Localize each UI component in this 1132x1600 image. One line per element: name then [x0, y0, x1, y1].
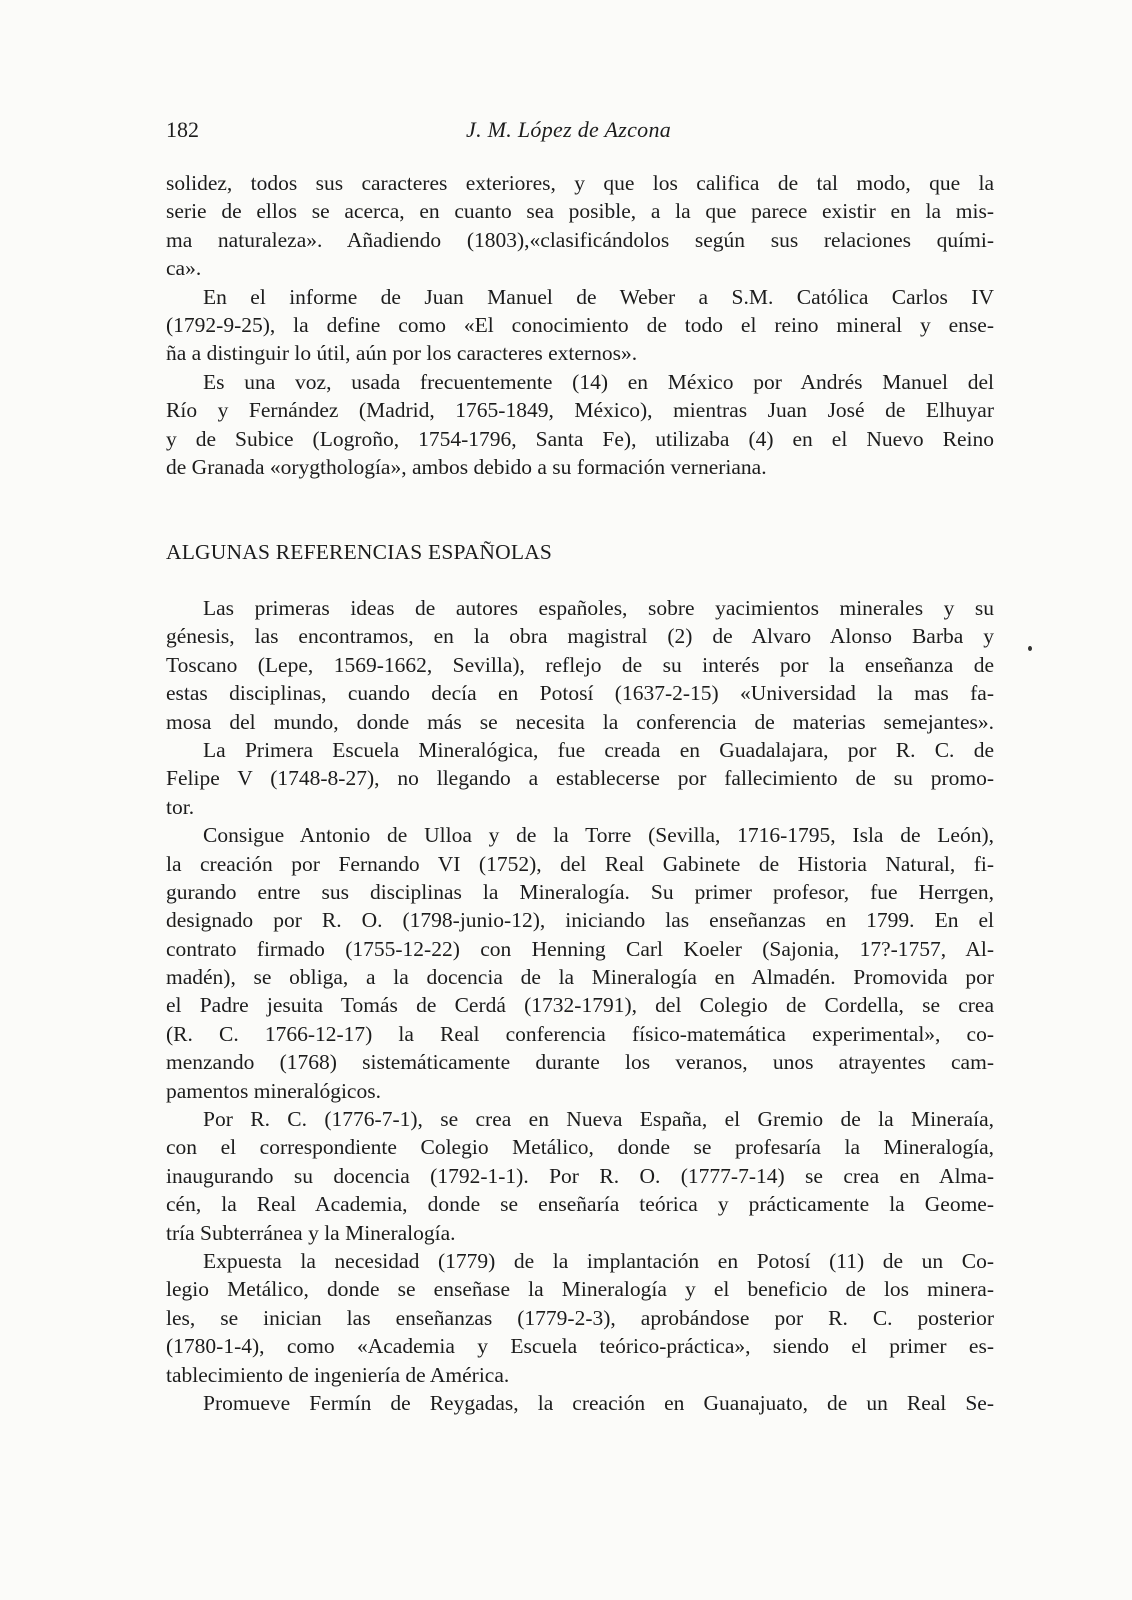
- text-line: solidez, todos sus caracteres exteriores…: [166, 169, 994, 197]
- scan-speck: [1028, 646, 1032, 651]
- text-line: cén, la Real Academia, donde se enseñarí…: [166, 1190, 994, 1218]
- text-line: ma naturaleza». Añadiendo (1803),«clasif…: [166, 226, 994, 254]
- text-line: pamentos mineralógicos.: [166, 1077, 994, 1105]
- section-heading: ALGUNAS REFERENCIAS ESPAÑOLAS: [166, 540, 552, 565]
- text-line: inaugurando su docencia (1792-1-1). Por …: [166, 1162, 994, 1190]
- text-line: génesis, las encontramos, en la obra mag…: [166, 622, 994, 650]
- text-line: contrato firmado (1755-12-22) con Hennin…: [166, 935, 994, 963]
- body-text-section: Las primeras ideas de autores españoles,…: [166, 594, 994, 1417]
- text-line: En el informe de Juan Manuel de Weber a …: [166, 283, 994, 311]
- text-line: y de Subice (Logroño, 1754-1796, Santa F…: [166, 425, 994, 453]
- text-line: (R. C. 1766-12-17) la Real conferencia f…: [166, 1020, 994, 1048]
- text-line: legio Metálico, donde se enseñase la Min…: [166, 1275, 994, 1303]
- text-line: Toscano (Lepe, 1569-1662, Sevilla), refl…: [166, 651, 994, 679]
- text-line: ña a distinguir lo útil, aún por los car…: [166, 339, 994, 367]
- text-line: tría Subterránea y la Mineralogía.: [166, 1219, 994, 1247]
- text-line: tablecimiento de ingeniería de América.: [166, 1361, 994, 1389]
- text-line: Promueve Fermín de Reygadas, la creación…: [166, 1389, 994, 1417]
- text-line: estas disciplinas, cuando decía en Potos…: [166, 679, 994, 707]
- text-line: Es una voz, usada frecuentemente (14) en…: [166, 368, 994, 396]
- text-line: gurando entre sus disciplinas la Mineral…: [166, 878, 994, 906]
- text-line: menzando (1768) sistemáticamente durante…: [166, 1048, 994, 1076]
- text-line: madén), se obliga, a la docencia de la M…: [166, 963, 994, 991]
- text-line: ca».: [166, 254, 994, 282]
- running-header: 182 J. M. López de Azcona: [166, 113, 996, 143]
- text-line: Felipe V (1748-8-27), no llegando a esta…: [166, 764, 994, 792]
- text-line: de Granada «orygthología», ambos debido …: [166, 453, 994, 481]
- text-line: (1780-1-4), como «Academia y Escuela teó…: [166, 1332, 994, 1360]
- text-line: Consigue Antonio de Ulloa y de la Torre …: [166, 821, 994, 849]
- text-line: la creación por Fernando VI (1752), del …: [166, 850, 994, 878]
- text-line: Por R. C. (1776-7-1), se crea en Nueva E…: [166, 1105, 994, 1133]
- text-line: Expuesta la necesidad (1779) de la impla…: [166, 1247, 994, 1275]
- text-line: Río y Fernández (Madrid, 1765-1849, Méxi…: [166, 396, 994, 424]
- text-line: mosa del mundo, donde más se necesita la…: [166, 708, 994, 736]
- page-number: 182: [166, 117, 199, 143]
- text-line: les, se inician las enseñanzas (1779-2-3…: [166, 1304, 994, 1332]
- body-text-intro: solidez, todos sus caracteres exteriores…: [166, 169, 994, 481]
- text-line: La Primera Escuela Mineralógica, fue cre…: [166, 736, 994, 764]
- text-line: serie de ellos se acerca, en cuanto sea …: [166, 197, 994, 225]
- running-title: J. M. López de Azcona: [466, 117, 671, 143]
- text-line: designado por R. O. (1798-junio-12), ini…: [166, 906, 994, 934]
- text-line: (1792-9-25), la define como «El conocimi…: [166, 311, 994, 339]
- document-page: 182 J. M. López de Azcona solidez, todos…: [0, 0, 1132, 1600]
- text-line: con el correspondiente Colegio Metálico,…: [166, 1133, 994, 1161]
- text-line: Las primeras ideas de autores españoles,…: [166, 594, 994, 622]
- text-line: tor.: [166, 793, 994, 821]
- text-line: el Padre jesuita Tomás de Cerdá (1732-17…: [166, 991, 994, 1019]
